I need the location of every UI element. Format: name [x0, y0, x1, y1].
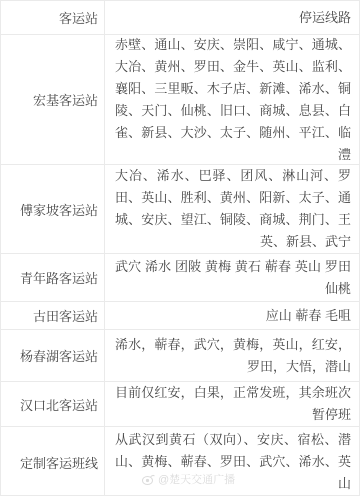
header-routes-column: 停运线路: [115, 7, 351, 29]
table-row: 杨春湖客运站 浠水，蕲春，武穴，黄梅，英山，红安，罗田，大悟，潜山: [1, 329, 359, 381]
station-name: 青年路客运站: [1, 254, 105, 301]
routes-list: 赤壁、通山、安庆、崇阳、咸宁、通城、大冶、黄州、罗田、金牛、英山、监利、襄阳、三…: [115, 35, 351, 164]
table-row: 傅家坡客运站 大冶、浠水、巴驿、团风、淋山河、罗田、英山、胜利、黄州、阳新、太子…: [1, 164, 359, 253]
table-row: 定制客运班线 从武汉到黄石（双向）、安庆、宿松、潜山、黄梅、蕲春、罗田、武穴、浠…: [1, 426, 359, 496]
table-row: 古田客运站 应山 蕲春 毛咀: [1, 301, 359, 329]
routes-list: 应山 蕲春 毛咀: [115, 305, 351, 327]
station-name: 傅家坡客运站: [1, 165, 105, 253]
routes-list: 大冶、浠水、巴驿、团风、淋山河、罗田、英山、胜利、黄州、阳新、太子、通城、安庆、…: [115, 165, 351, 253]
table-row: 宏基客运站 赤壁、通山、安庆、崇阳、咸宁、通城、大冶、黄州、罗田、金牛、英山、监…: [1, 34, 359, 164]
table-header-row: 客运站 停运线路: [1, 1, 359, 34]
station-name: 古田客运站: [1, 302, 105, 329]
routes-list: 从武汉到黄石（双向）、安庆、宿松、潜山、黄梅、蕲春、罗田、武穴、浠水、英山: [115, 429, 351, 495]
station-name: 杨春湖客运站: [1, 330, 105, 381]
suspended-routes-table: 客运站 停运线路 宏基客运站 赤壁、通山、安庆、崇阳、咸宁、通城、大冶、黄州、罗…: [0, 0, 360, 496]
station-name: 汉口北客运站: [1, 382, 105, 426]
table-row: 青年路客运站 武穴 浠水 团陂 黄梅 黄石 蕲春 英山 罗田 仙桃: [1, 253, 359, 301]
routes-list: 目前仅红安，白果，正常发班，其余班次暂停班: [115, 382, 351, 426]
screenshot-page: 客运站 停运线路 宏基客运站 赤壁、通山、安庆、崇阳、咸宁、通城、大冶、黄州、罗…: [0, 0, 360, 496]
routes-list: 浠水，蕲春，武穴，黄梅，英山，红安，罗田，大悟，潜山: [115, 334, 351, 378]
station-name: 定制客运班线: [1, 427, 105, 496]
routes-list: 武穴 浠水 团陂 黄梅 黄石 蕲春 英山 罗田 仙桃: [115, 256, 351, 300]
header-station-column: 客运站: [1, 1, 105, 34]
station-name: 宏基客运站: [1, 35, 105, 164]
table-row: 汉口北客运站 目前仅红安，白果，正常发班，其余班次暂停班: [1, 381, 359, 426]
